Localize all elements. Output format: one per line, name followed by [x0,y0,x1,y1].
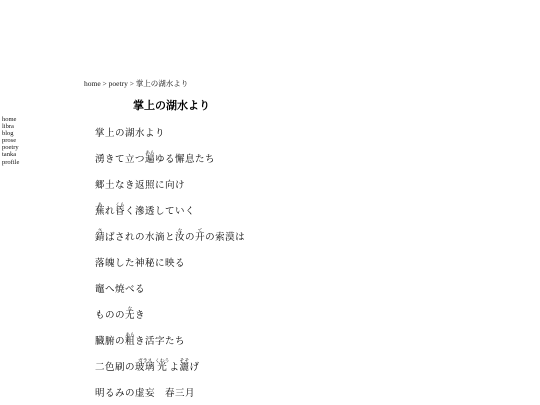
poem-text: 竈へ焼べる [95,281,145,295]
poem-text: の [185,229,195,243]
poem-line: 郷土なき返照に向け [95,165,245,191]
breadcrumb: home > poetry > 掌上の湖水より [84,78,188,89]
poem-text: 落魄した神秘に映る [95,255,185,269]
poem-line: 蕪あれ昏くらく滲透していく [95,191,245,217]
ruby-annotated-word: 粗あら [125,333,135,347]
ruby-annotated-word: 汝な [175,229,185,243]
sidebar-item-libra[interactable]: libra [2,123,19,130]
ruby-annotated-word: 灑そそ [179,359,189,373]
poem-line: 掌上の湖水より [95,113,245,139]
poem-text: 明るみの虚妄 春三月 [95,385,195,399]
poem-line: ものの无なき [95,295,245,321]
breadcrumb-separator: > [128,79,136,88]
poem-line: 湧きて立つ遍あらゆる懈息たち [95,139,245,165]
poem-text: れ [105,203,115,217]
sidebar-item-tanka[interactable]: tanka [2,151,19,158]
poem-text: げ [189,359,199,373]
ruby-annotated-word: 蕪あ [95,203,105,217]
ruby-annotated-word: 无な [125,307,135,321]
poem-line: 二色刷の玻璃ガラス光くわうよ灑そそげ [95,347,245,373]
poem-line: 明るみの虚妄 春三月 [95,373,245,399]
poem: 掌上の湖水より湧きて立つ遍あらゆる懈息たち郷土なき返照に向け蕪あれ昏くらく滲透し… [95,113,245,399]
ruby-annotated-word: 玻璃ガラス [135,359,155,373]
ruby-annotated-word: 光くわう [155,359,169,373]
poem-text: 二色刷の [95,359,135,373]
poem-text: 郷土なき返照に向け [95,177,185,191]
ruby-annotated-word: 錆さ [95,229,105,243]
breadcrumb-link-home[interactable]: home [84,79,101,88]
sidebar-item-profile[interactable]: profile [2,159,19,166]
sidebar: homelibrablogprosepoetrytankaprofile [2,116,19,166]
poem-line: 臓腑の粗あらき活字たち [95,321,245,347]
page: home > poetry > 掌上の湖水より 掌上の湖水より homelibr… [0,0,540,405]
poem-text: ゆる懈息たち [155,151,215,165]
ruby-annotated-word: 开て [195,229,205,243]
page-title: 掌上の湖水より [133,97,210,113]
sidebar-item-blog[interactable]: blog [2,130,19,137]
poem-text: く滲透していく [125,203,195,217]
poem-text: き活字たち [135,333,185,347]
poem-text: 湧きて立つ [95,151,145,165]
sidebar-item-prose[interactable]: prose [2,137,19,144]
poem-text: よ [169,359,179,373]
breadcrumb-link-poetry[interactable]: poetry [109,79,128,88]
poem-text: き [135,307,145,321]
poem-text: ものの [95,307,125,321]
ruby-annotated-word: 昏くら [115,203,125,217]
ruby-annotated-word: 遍あら [145,151,155,165]
poem-text: の索漠は [205,229,245,243]
poem-line: 錆さばされの水滴と汝なの开ての索漠は [95,217,245,243]
poem-text: 臓腑の [95,333,125,347]
poem-line: 竈へ焼べる [95,269,245,295]
poem-line: 落魄した神秘に映る [95,243,245,269]
breadcrumb-current: 掌上の湖水より [136,79,189,88]
breadcrumb-separator: > [101,79,109,88]
sidebar-item-home[interactable]: home [2,116,19,123]
poem-text: ばされの水滴と [105,229,175,243]
poem-text: 掌上の湖水より [95,125,165,139]
sidebar-item-poetry[interactable]: poetry [2,144,19,151]
